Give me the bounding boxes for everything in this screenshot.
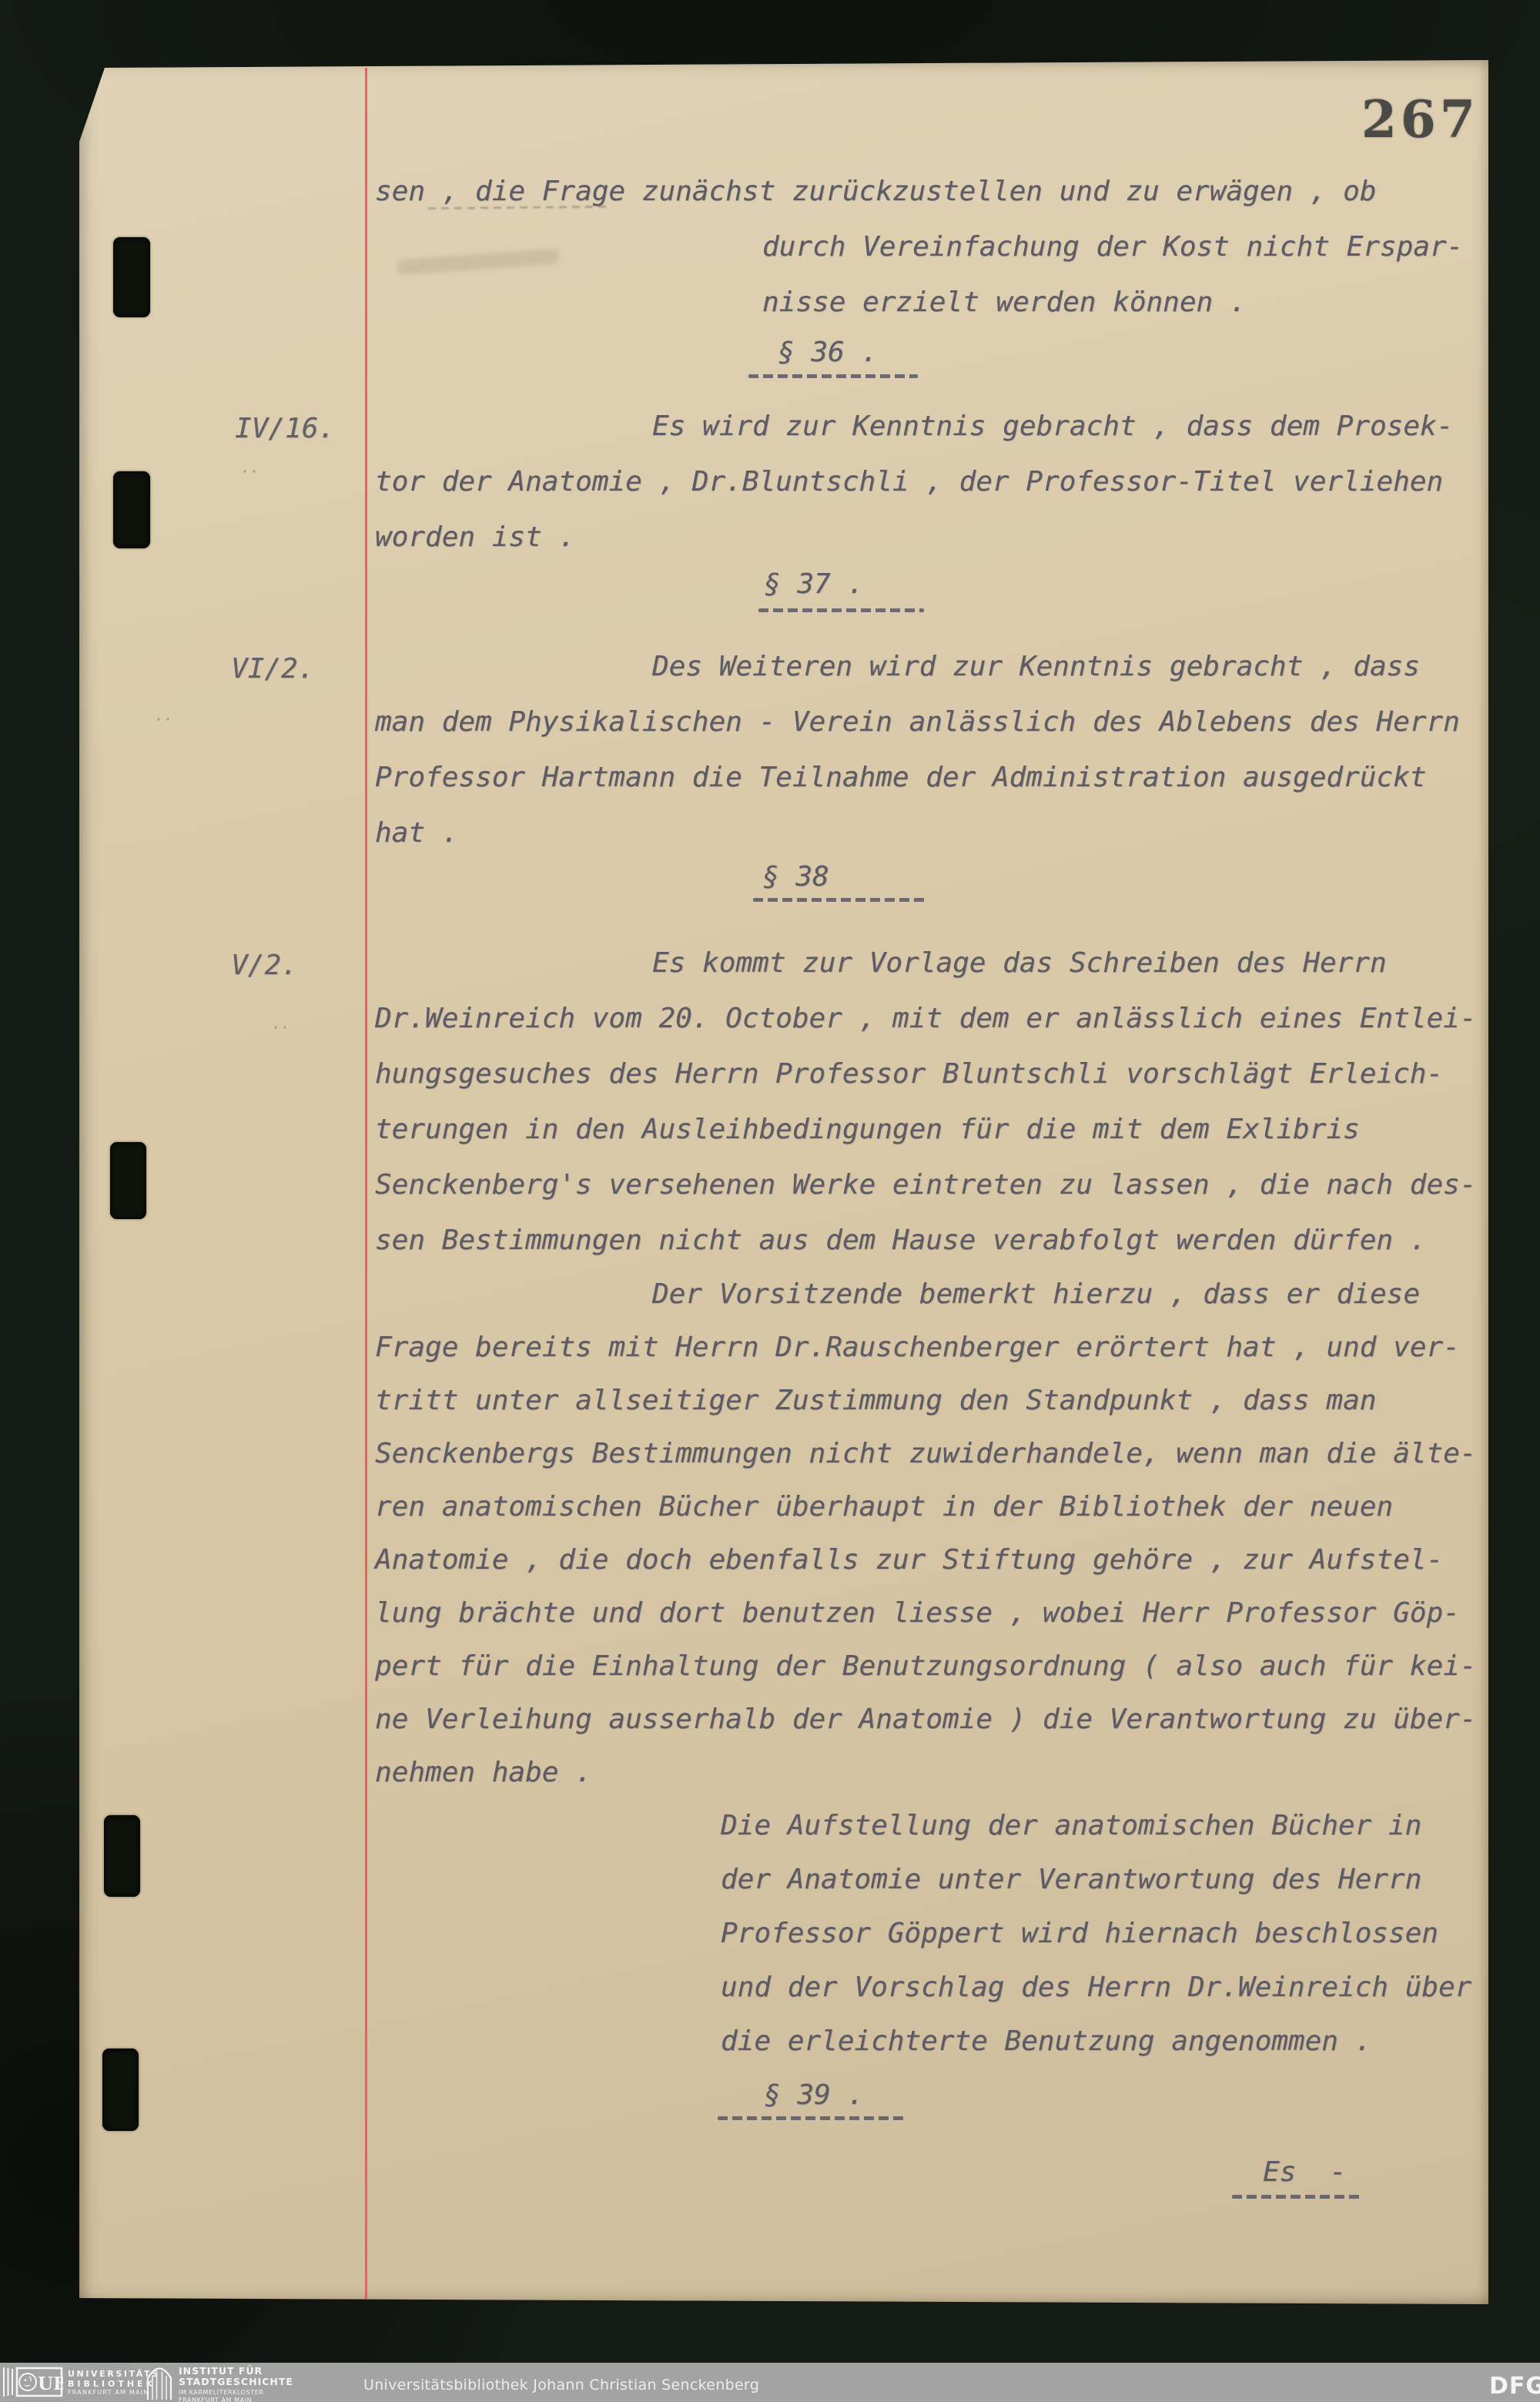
- section-heading: § 37 .: [764, 568, 864, 600]
- svg-text:UB: UB: [38, 2374, 63, 2394]
- typed-line: nisse erzielt werden können .: [762, 286, 1247, 318]
- section-heading: § 39 .: [764, 2079, 864, 2111]
- typed-line: ren anatomischen Bücher überhaupt in der…: [375, 1491, 1393, 1523]
- punch-hole: [102, 2049, 139, 2131]
- margin-ref: VI/2.: [231, 653, 314, 685]
- isg-line-4: FRANKFURT AM MAIN: [179, 2397, 293, 2402]
- punch-hole: [104, 1815, 140, 1897]
- typed-dash-rule: [748, 374, 918, 378]
- isg-logo-text: INSTITUT FÜR STADTGESCHICHTE IM KARMELIT…: [179, 2366, 293, 2402]
- catchword-line: Es -: [1263, 2156, 1346, 2188]
- typed-line: Senckenberg's versehenen Werke eintreten…: [375, 1169, 1476, 1201]
- typed-line: sen Bestimmungen nicht aus dem Hause ver…: [375, 1224, 1426, 1256]
- scanned-document-view: 267 ·· ·· ·· IV/16. VI/2. V/2. sen , die…: [0, 0, 1540, 2402]
- section-heading: § 38: [762, 861, 829, 893]
- margin-ref: IV/16.: [235, 413, 335, 444]
- digitization-footer-bar: UB UNIVERSITÄTS BIBLIOTHEK FRANKFURT AM …: [0, 2363, 1540, 2402]
- typed-line: ne Verleihung ausserhalb der Anatomie ) …: [375, 1704, 1476, 1735]
- typed-line: Frage bereits mit Herrn Dr.Rauschenberge…: [375, 1332, 1460, 1363]
- typed-line: Anatomie , die doch ebenfalls zur Stiftu…: [375, 1544, 1443, 1576]
- typed-line: Professor Hartmann die Teilnahme der Adm…: [375, 762, 1426, 793]
- ink-speck: ··: [154, 710, 172, 729]
- typed-line: lung brächte und dort benutzen liesse , …: [375, 1597, 1460, 1629]
- karmeliterkloster-arch-icon: [146, 2364, 172, 2400]
- typed-line: worden ist .: [375, 521, 575, 553]
- typed-line: Senckenbergs Bestimmungen nicht zuwiderh…: [375, 1438, 1476, 1469]
- goethe-portrait-icon: [19, 2374, 36, 2390]
- typed-line: Des Weiteren wird zur Kenntnis gebracht …: [652, 651, 1420, 682]
- typed-dash-rule: [753, 898, 929, 902]
- typed-line: tritt unter allseitiger Zustimmung den S…: [375, 1385, 1376, 1416]
- isg-logo: [146, 2364, 172, 2400]
- punch-hole: [113, 237, 150, 317]
- typed-line: Professor Göppert wird hiernach beschlos…: [721, 1918, 1438, 1949]
- typed-line: tor der Anatomie , Dr.Bluntschli , der P…: [375, 466, 1443, 497]
- typed-line: Die Aufstellung der anatomischen Bücher …: [721, 1810, 1421, 1841]
- library-name-label: Universitätsbibliothek Johann Christian …: [363, 2377, 759, 2394]
- ink-speck: ··: [271, 1018, 290, 1037]
- isg-line-1: INSTITUT FÜR: [179, 2366, 293, 2377]
- isg-line-3: IM KARMELITERKLOSTER: [179, 2389, 293, 2397]
- typed-dash-rule: [758, 608, 924, 612]
- typed-line: der Anatomie unter Verantwortung des Her…: [721, 1864, 1421, 1895]
- typed-dash-rule: [1232, 2195, 1363, 2199]
- punch-hole: [113, 471, 150, 548]
- ub-logo-icon: UB: [2, 2366, 63, 2398]
- typed-line: hat .: [375, 817, 458, 849]
- typed-line: Es wird zur Kenntnis gebracht , dass dem…: [652, 410, 1453, 442]
- typed-line: man dem Physikalischen - Verein anlässli…: [375, 706, 1460, 738]
- dfg-logo: DFG: [1489, 2373, 1540, 2400]
- typed-line: Der Vorsitzende bemerkt hierzu , dass er…: [652, 1278, 1420, 1310]
- typed-line: hungsgesuches des Herrn Professor Blunts…: [375, 1058, 1443, 1090]
- isg-line-2: STADTGESCHICHTE: [179, 2377, 293, 2387]
- typed-dash-rule: [718, 2116, 904, 2120]
- section-heading: § 36 .: [778, 337, 878, 368]
- typed-line: Es kommt zur Vorlage das Schreiben des H…: [652, 947, 1387, 979]
- margin-rule-line: [365, 68, 367, 2300]
- typed-line: nehmen habe .: [375, 1757, 592, 1788]
- page-number-stamp: 267: [1361, 94, 1479, 145]
- typed-line: und der Vorschlag des Herrn Dr.Weinreich…: [721, 1972, 1471, 2003]
- typed-line: durch Vereinfachung der Kost nicht Erspa…: [762, 231, 1463, 263]
- punch-hole: [110, 1142, 146, 1219]
- ink-speck: ··: [240, 462, 259, 481]
- typed-line: die erleichterte Benutzung angenommen .: [721, 2025, 1371, 2057]
- typed-line: Dr.Weinreich vom 20. October , mit dem e…: [375, 1003, 1476, 1034]
- ub-logo: UB: [2, 2366, 63, 2398]
- typed-line: pert für die Einhaltung der Benutzungsor…: [375, 1650, 1476, 1682]
- typed-line: sen , die Frage zunächst zurückzustellen…: [375, 176, 1376, 207]
- margin-ref: V/2.: [231, 950, 298, 981]
- typed-line: terungen in den Ausleihbedingungen für d…: [375, 1114, 1360, 1145]
